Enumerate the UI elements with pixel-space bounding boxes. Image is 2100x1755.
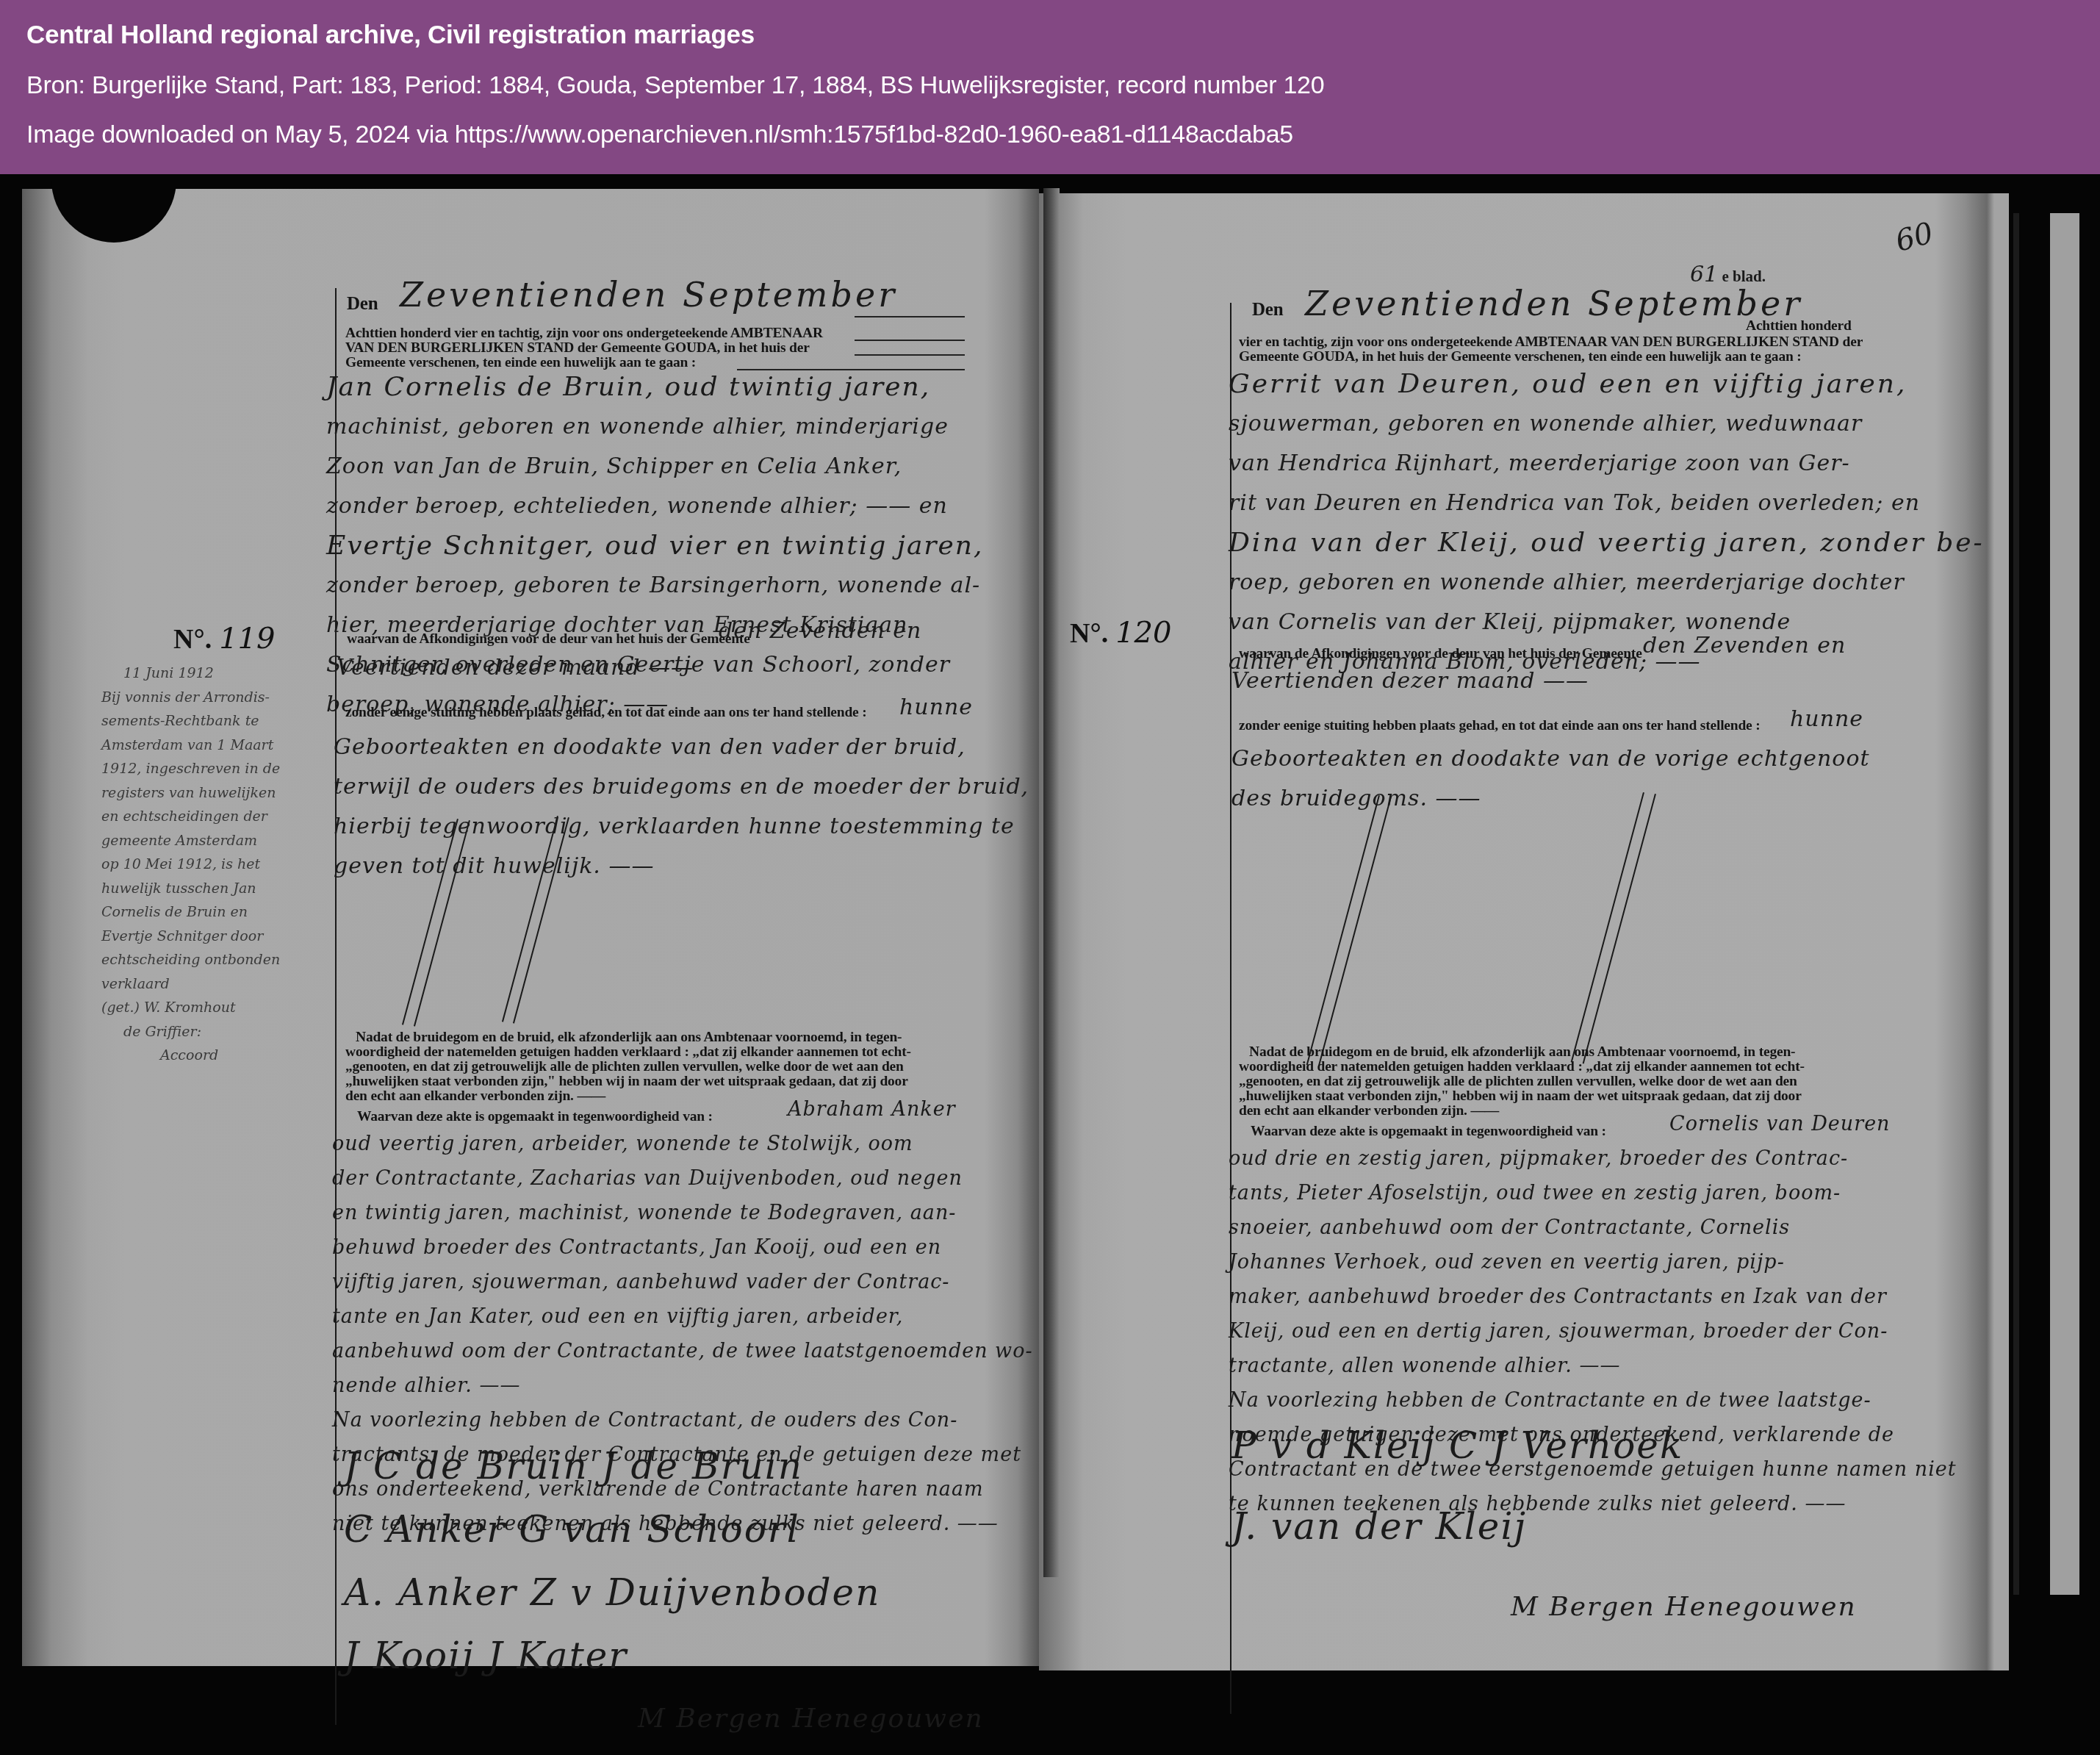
margin-annotation-divorce: 11 Juni 1912 Bij vonnis der Arrondis- se… bbox=[101, 661, 337, 1068]
banns-dates-2: Veertienden dezer maand —— bbox=[1231, 661, 1589, 701]
den-label: Den bbox=[347, 297, 378, 312]
banns-dates-2: Veertienden dezer maand —— bbox=[337, 648, 694, 688]
blank-strike-line bbox=[1583, 794, 1656, 1064]
printed-afkondigingen: waarvan de Afkondigingen voor de deur va… bbox=[347, 632, 750, 647]
banns-dates-1: den Zevenden en bbox=[719, 611, 921, 651]
blank-strike-line bbox=[1318, 797, 1392, 1067]
printed-intro: vier en tachtig, zijn voor ons ondergete… bbox=[1239, 335, 1871, 365]
marriage-date: Zeventienden September bbox=[400, 275, 897, 315]
printed-intro: Achttien honderd vier en tachtig, zijn v… bbox=[345, 326, 860, 370]
book-gutter bbox=[1043, 188, 1060, 1577]
archive-header-banner: Central Holland regional archive, Civil … bbox=[0, 0, 2100, 174]
signatures-120: P v d Kleij C J Verhoek J. van der Kleij… bbox=[1231, 1405, 1857, 1648]
documents-text: hunne Geboorteakten en doodakte van de v… bbox=[1231, 700, 1870, 819]
documents-text: hunne Geboorteakten en doodakte van den … bbox=[334, 688, 1029, 886]
record-number-120: N°.120 bbox=[1070, 616, 1172, 650]
archive-title: Central Holland regional archive, Civil … bbox=[26, 21, 755, 50]
page-edge-strip bbox=[2013, 213, 2019, 1595]
marriage-date: Zeventienden September bbox=[1305, 284, 1802, 323]
record-number-119: N°.119 bbox=[173, 622, 276, 656]
download-info: Image downloaded on May 5, 2024 via http… bbox=[26, 121, 1293, 149]
blank-strike-line bbox=[1571, 792, 1644, 1063]
blank-rule bbox=[855, 340, 965, 341]
source-citation: Bron: Burgerlijke Stand, Part: 183, Peri… bbox=[26, 71, 1324, 100]
banns-dates-1: den Zevenden en bbox=[1643, 626, 1846, 666]
den-label: Den bbox=[1252, 303, 1283, 317]
parties-text: Gerrit van Deuren, oud een en vijftig ja… bbox=[1229, 365, 1985, 682]
printed-intro-a: Achttien honderd bbox=[1746, 319, 1852, 334]
marriage-record-120: Den Zeventienden September Achttien hond… bbox=[1230, 303, 1863, 1714]
blank-rule bbox=[855, 316, 965, 317]
next-page-edge bbox=[2050, 213, 2079, 1595]
signatures-119: J C de Bruin J de Bruin C Anker G van Sc… bbox=[344, 1435, 984, 1751]
blank-rule bbox=[855, 354, 965, 356]
marriage-record-119: Den Zeventienden September Achttien hond… bbox=[335, 288, 1033, 1725]
blank-strike-line bbox=[1306, 795, 1380, 1066]
printed-afkondigingen: waarvan de Afkondigingen voor de deur va… bbox=[1239, 647, 1642, 661]
